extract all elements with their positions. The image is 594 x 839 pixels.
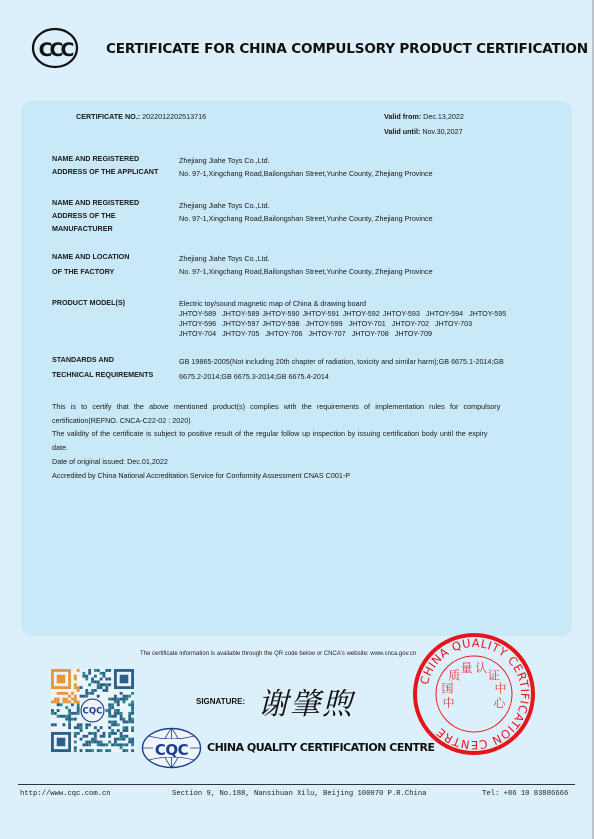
model-number: JHTOY-589 bbox=[179, 309, 216, 318]
model-number: JHTOY-706 bbox=[265, 329, 302, 338]
product-label: PRODUCT MODEL(S) bbox=[52, 296, 125, 309]
product-models: JHTOY-589JHTOY-589 JHTOY-590 JHTOY-591 J… bbox=[179, 309, 512, 339]
standards-line: 6675.2-2014;GB 6675.3-2014;GB 6675.4-201… bbox=[179, 369, 504, 384]
validity-text: date. bbox=[52, 441, 572, 455]
model-number: JHTOY-704 bbox=[179, 329, 216, 338]
valid-from-value: Dec.13,2022 bbox=[423, 112, 464, 121]
manufacturer-value: Zhejiang Jiahe Toys Co.,Ltd. No. 97-1,Xi… bbox=[179, 199, 433, 225]
certificate-number-value: 2022012202513716 bbox=[142, 112, 206, 121]
manufacturer-address: No. 97-1,Xingchang Road,Bailongshan Stre… bbox=[179, 212, 433, 225]
model-number: JHTOY-595 bbox=[469, 309, 506, 318]
factory-label-line: OF THE FACTORY bbox=[52, 265, 129, 278]
model-number: JHTOY-597 JHTOY-598 bbox=[222, 319, 299, 328]
footer-phone: Tel: +86 10 83886666 bbox=[482, 790, 568, 798]
svg-text:CQC: CQC bbox=[155, 741, 189, 759]
factory-label-line: NAME AND LOCATION bbox=[52, 250, 129, 263]
valid-until: Valid until: Nov.30,2027 bbox=[384, 127, 463, 136]
svg-text:中: 中 bbox=[443, 695, 455, 710]
applicant-address: No. 97-1,Xingchang Road,Bailongshan Stre… bbox=[179, 167, 433, 180]
svg-text:量: 量 bbox=[461, 661, 473, 675]
model-row: JHTOY-596JHTOY-597 JHTOY-598JHTOY-599JHT… bbox=[179, 319, 512, 329]
manufacturer-label-line: NAME AND REGISTERED bbox=[52, 196, 139, 209]
footer-divider bbox=[18, 784, 575, 785]
svg-text:国: 国 bbox=[442, 682, 454, 696]
factory-label: NAME AND LOCATION OF THE FACTORY bbox=[52, 250, 129, 278]
model-number: JHTOY-705 bbox=[222, 329, 259, 338]
certify-text: certification(REFNO. CNCA-C22-02 : 2020) bbox=[52, 414, 572, 428]
standards-line: GB 19865-2005(Not including 20th chapter… bbox=[179, 354, 504, 369]
applicant-label-line: NAME AND REGISTERED bbox=[52, 152, 158, 165]
organization-name: CHINA QUALITY CERTIFICATION CENTRE bbox=[207, 741, 435, 754]
model-number: JHTOY-594 bbox=[426, 309, 463, 318]
model-number: JHTOY-709 bbox=[395, 329, 432, 338]
applicant-label: NAME AND REGISTERED ADDRESS OF THE APPLI… bbox=[52, 152, 158, 178]
applicant-label-line: ADDRESS OF THE APPLICANT bbox=[52, 165, 158, 178]
model-number: JHTOY-599 bbox=[305, 319, 342, 328]
official-seal-icon: CHINA QUALITY CERTIFICATION CENTRE 中国质量认… bbox=[412, 632, 536, 756]
validity-text: The validity of the certificate is subje… bbox=[52, 427, 572, 441]
svg-text:中: 中 bbox=[494, 681, 506, 696]
manufacturer-label-line: MANUFACTURER bbox=[52, 222, 139, 235]
svg-text:认: 认 bbox=[475, 661, 487, 675]
model-row: JHTOY-589JHTOY-589 JHTOY-590 JHTOY-591 J… bbox=[179, 309, 512, 319]
model-number: JHTOY-701 bbox=[349, 319, 386, 328]
footer-address: Section 9, No.188, Nansihuan Xilu, Beiji… bbox=[172, 790, 426, 798]
model-row: JHTOY-704JHTOY-705JHTOY-706JHTOY-707JHTO… bbox=[179, 329, 512, 339]
manufacturer-label-line: ADDRESS OF THE bbox=[52, 209, 139, 222]
model-number: JHTOY-589 JHTOY-590 JHTOY-591 JHTOY-592 … bbox=[222, 309, 420, 318]
factory-name: Zhejiang Jiahe Toys Co.,Ltd. bbox=[179, 252, 433, 265]
svg-text:CCC: CCC bbox=[39, 39, 74, 61]
qr-code-icon[interactable]: CQC bbox=[51, 669, 134, 752]
valid-until-value: Nov.30,2027 bbox=[422, 127, 462, 136]
standards-value: GB 19865-2005(Not including 20th chapter… bbox=[179, 354, 504, 384]
model-number: JHTOY-702 bbox=[392, 319, 429, 328]
standards-label-line: TECHNICAL REQUIREMENTS bbox=[52, 367, 153, 382]
svg-text:质: 质 bbox=[448, 668, 460, 683]
certification-statement: This is to certify that the above mentio… bbox=[52, 400, 572, 482]
applicant-name: Zhejiang Jiahe Toys Co.,Ltd. bbox=[179, 154, 433, 167]
certificate-number-label: CERTIFICATE NO.: bbox=[76, 112, 140, 121]
svg-text:CQC: CQC bbox=[83, 707, 103, 717]
accreditation-text: Accredited by China National Accreditati… bbox=[52, 469, 572, 483]
valid-until-label: Valid until: bbox=[384, 127, 420, 136]
standards-label-line: STANDARDS AND bbox=[52, 352, 153, 367]
certify-text: This is to certify that the above mentio… bbox=[52, 400, 572, 414]
manufacturer-name: Zhejiang Jiahe Toys Co.,Ltd. bbox=[179, 199, 433, 212]
model-number: JHTOY-708 bbox=[352, 329, 389, 338]
applicant-value: Zhejiang Jiahe Toys Co.,Ltd. No. 97-1,Xi… bbox=[179, 154, 433, 180]
model-number: JHTOY-703 bbox=[435, 319, 472, 328]
certificate-number: CERTIFICATE NO.: 2022012202513716 bbox=[76, 112, 206, 121]
footer-website[interactable]: http://www.cqc.com.cn bbox=[20, 790, 111, 798]
valid-from: Valid from: Dec.13,2022 bbox=[384, 112, 464, 121]
svg-text:心: 心 bbox=[493, 696, 506, 710]
cqc-logo-icon: CQC bbox=[141, 727, 202, 769]
factory-address: No. 97-1,Xingchang Road,Bailongshan Stre… bbox=[179, 265, 433, 278]
ccc-logo-icon: CCC bbox=[31, 27, 79, 69]
original-issued-date: Date of original issued: Dec.01,2022 bbox=[52, 455, 572, 469]
manufacturer-label: NAME AND REGISTERED ADDRESS OF THE MANUF… bbox=[52, 196, 139, 235]
svg-text:证: 证 bbox=[488, 669, 500, 683]
product-description: Electric toy/sound magnetic map of China… bbox=[179, 299, 366, 309]
signature: 谢肇煦 bbox=[258, 679, 354, 723]
factory-value: Zhejiang Jiahe Toys Co.,Ltd. No. 97-1,Xi… bbox=[179, 252, 433, 278]
valid-from-label: Valid from: bbox=[384, 112, 421, 121]
model-number: JHTOY-596 bbox=[179, 319, 216, 328]
model-number: JHTOY-707 bbox=[308, 329, 345, 338]
signature-label: SIGNATURE: bbox=[196, 697, 245, 706]
standards-label: STANDARDS AND TECHNICAL REQUIREMENTS bbox=[52, 352, 153, 382]
qr-note: The certificate information is available… bbox=[140, 651, 416, 657]
page-title: CERTIFICATE FOR CHINA COMPULSORY PRODUCT… bbox=[106, 41, 588, 57]
